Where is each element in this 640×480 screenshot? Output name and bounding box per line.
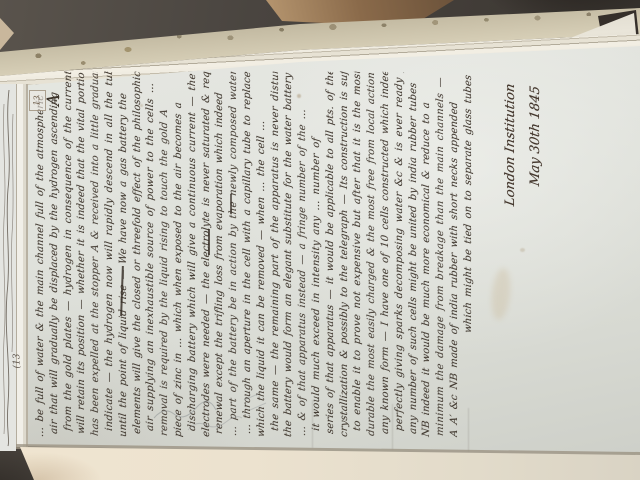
ink-strikethrough: [208, 229, 210, 255]
manuscript-line: any known form — I have one of 10 cells …: [379, 71, 393, 435]
manuscript-line: air that will gradually be displaced by …: [48, 71, 62, 435]
folio-number: 13: [33, 95, 42, 105]
page-fore-edge: [16, 84, 28, 447]
manuscript-line: … be full of water & the main channel fu…: [34, 71, 48, 438]
manuscript-line: until the point of liquid rise — We have…: [117, 71, 131, 438]
manuscript-line: elements will give the closed or threefo…: [131, 71, 145, 435]
dateline-block: London Institution May 30th 1845: [498, 66, 550, 206]
manuscript-line: durable the most easily charged & the mo…: [365, 71, 379, 437]
manuscript-line: which might be tied on to separate glass…: [462, 71, 476, 334]
manuscript-line: indicate — the hydrogen now will rapidly…: [103, 71, 117, 432]
manuscript-line: crystallization & possibly to the telegr…: [338, 71, 352, 438]
manuscript-line: NB indeed it would be much more economic…: [420, 71, 434, 438]
pencil-marks: [148, 378, 288, 436]
ink-underline: [230, 194, 232, 214]
manuscript-line: minimum the damage from breakage than th…: [434, 71, 448, 437]
sliver-handwriting-marks: [0, 84, 16, 451]
corner-folio-mark: (13: [12, 354, 22, 369]
dateline-date: May 30th 1845: [523, 64, 548, 188]
manuscript-line: perfectly giving sparks decomposing wate…: [393, 71, 407, 432]
manuscript-line: from the gold plates — hydrogen in conse…: [62, 71, 76, 432]
manuscript-line: has been expelled at the stopper A & rec…: [89, 71, 103, 437]
manuscript-line: to enable it to prove not expensive but …: [351, 71, 365, 432]
folio-number-box: 13: [29, 90, 46, 111]
manuscript-line: it would much exceed in intensity any … …: [310, 71, 324, 432]
manuscript-line: will retain its position — whether it is…: [75, 71, 89, 435]
marginal-letter-a: A: [44, 94, 64, 106]
manuscript-line: … & of that apparatus instead — a fringe…: [296, 71, 310, 437]
photo-of-manuscript: … be full of water & the main channel fu…: [0, 0, 640, 480]
manuscript-line: any number of such cells might be united…: [407, 71, 421, 435]
manuscript-line: A A′ &c NB made of india rubber with sho…: [448, 71, 462, 438]
manuscript-line: series of that apparatus — it would be a…: [324, 71, 338, 435]
previous-page-sliver: [0, 84, 16, 451]
dateline-place: London Institution: [498, 64, 523, 208]
fox-spot: [520, 248, 525, 252]
paper-stain: [489, 267, 512, 321]
